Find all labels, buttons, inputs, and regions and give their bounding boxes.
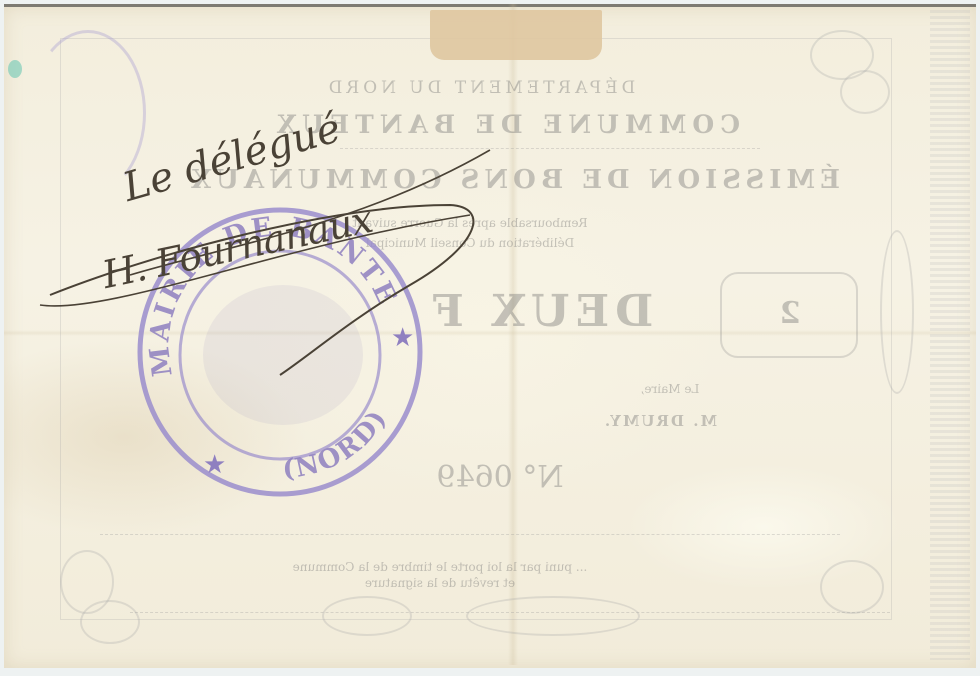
- green-stain: [8, 60, 22, 78]
- side-ornament: [880, 230, 914, 394]
- bottom-ornament-right: [466, 596, 640, 636]
- rule-bottom: [100, 534, 840, 535]
- signature-flourish-icon: [30, 55, 510, 385]
- bottom-ornament-left: [322, 596, 412, 636]
- star-icon: ★: [203, 450, 226, 480]
- mayor-label: Le Maire,: [600, 382, 740, 396]
- corner-scroll-bottom-left-2: [80, 600, 140, 644]
- denomination-value: 2: [760, 296, 820, 331]
- corner-scroll-top-right-2: [840, 70, 890, 114]
- perforated-edge: [930, 10, 970, 660]
- repair-tape: [430, 10, 602, 60]
- handwritten-signature: Le délégué H. Fournanaux: [30, 55, 510, 385]
- legal-notice-line-1: ... puni par la loi porte le timbre de l…: [180, 560, 700, 574]
- legal-notice-line-2: et revêtu de la signature: [180, 576, 700, 590]
- mayor-name: M. DRUMY.: [560, 412, 760, 430]
- rule-footer: [130, 612, 890, 613]
- corner-scroll-bottom-right: [820, 560, 884, 614]
